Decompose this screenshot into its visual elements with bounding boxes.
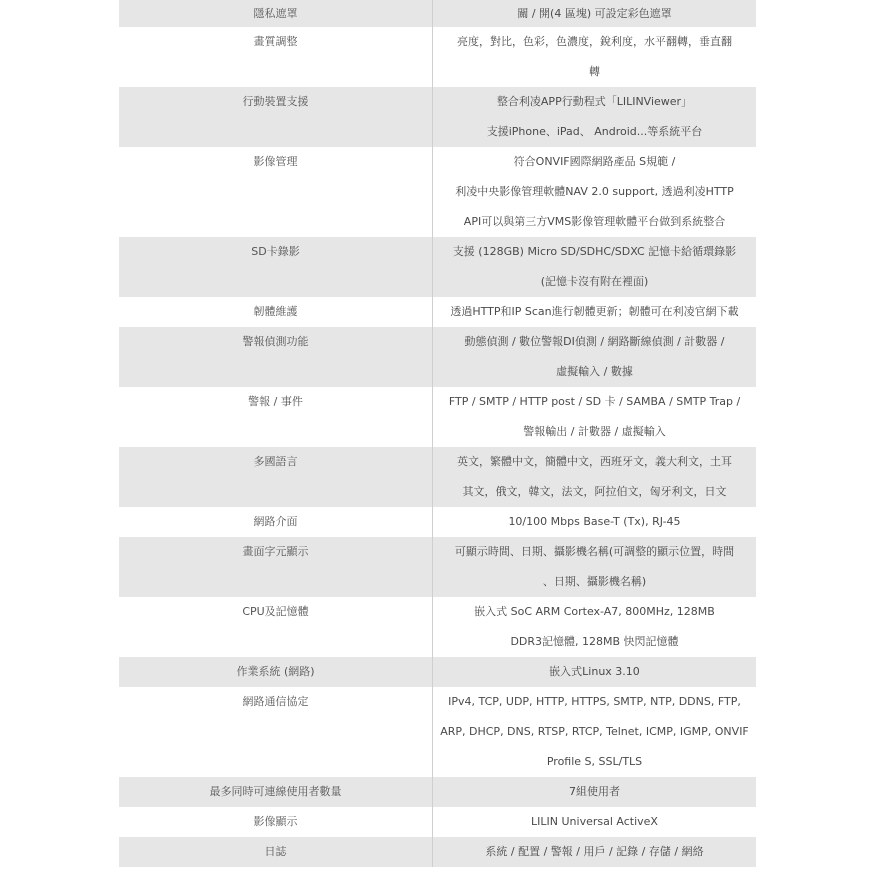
spec-label: 警報偵測功能 [119,327,433,387]
spec-value: 關 / 開(4 區塊) 可設定彩色遮罩 [433,0,757,27]
spec-value-line: 利凌中央影像管理軟體NAV 2.0 support, 透過利凌HTTP [433,177,756,207]
table-row: 網路介面 10/100 Mbps Base-T (Tx), RJ-45 [119,507,756,537]
spec-value-line: 嵌入式Linux 3.10 [433,657,756,687]
spec-value-line: LILIN Universal ActiveX [433,807,756,837]
spec-value-line: 可顯示時間、日期、攝影機名稱(可調整的顯示位置，時間 [433,537,756,567]
table-row: 畫面字元顯示 可顯示時間、日期、攝影機名稱(可調整的顯示位置，時間、日期、攝影機… [119,537,756,597]
spec-value-line: 英文，繁體中文，簡體中文，西班牙文，義大利文，土耳 [433,447,756,477]
spec-value-line: 符合ONVIF國際網路產品 S規範 / [433,147,756,177]
spec-table: 隱私遮罩 關 / 開(4 區塊) 可設定彩色遮罩 畫質調整 亮度，對比，色彩，色… [119,0,756,867]
spec-value-line: 10/100 Mbps Base-T (Tx), RJ-45 [433,507,756,537]
spec-label: 畫質調整 [119,27,433,87]
spec-value: LILIN Universal ActiveX [433,807,757,837]
spec-value: 7組使用者 [433,777,757,807]
table-row: 多國語言 英文，繁體中文，簡體中文，西班牙文，義大利文，土耳其文，俄文，韓文，法… [119,447,756,507]
spec-value-line: FTP / SMTP / HTTP post / SD 卡 / SAMBA / … [433,387,756,417]
spec-value-line: 系統 / 配置 / 警報 / 用戶 / 記錄 / 存儲 / 網絡 [433,837,756,867]
spec-value: 動態偵測 / 數位警報DI偵測 / 網路斷線偵測 / 計數器 /虛擬輸入 / 數… [433,327,757,387]
spec-value: 支援 (128GB) Micro SD/SDHC/SDXC 記憶卡給循環錄影(記… [433,237,757,297]
spec-value-line: 虛擬輸入 / 數據 [433,357,756,387]
spec-value: 嵌入式 SoC ARM Cortex-A7, 800MHz, 128MBDDR3… [433,597,757,657]
spec-value-line: 其文，俄文，韓文，法文，阿拉伯文，匈牙利文，日文 [433,477,756,507]
table-row: 網路通信協定 IPv4, TCP, UDP, HTTP, HTTPS, SMTP… [119,687,756,777]
spec-label: 作業系統 (網路) [119,657,433,687]
spec-label: SD卡錄影 [119,237,433,297]
table-row: 警報偵測功能 動態偵測 / 數位警報DI偵測 / 網路斷線偵測 / 計數器 /虛… [119,327,756,387]
spec-value: 可顯示時間、日期、攝影機名稱(可調整的顯示位置，時間、日期、攝影機名稱) [433,537,757,597]
spec-value-line: ARP, DHCP, DNS, RTSP, RTCP, Telnet, ICMP… [433,717,756,747]
spec-value-line: 、日期、攝影機名稱) [433,567,756,597]
spec-value: 整合利凌APP行動程式「LILINViewer」支援iPhone、iPad、 A… [433,87,757,147]
spec-label: 韌體維護 [119,297,433,327]
spec-value-line: (記憶卡沒有附在裡面) [433,267,756,297]
spec-label: 最多同時可連線使用者數量 [119,777,433,807]
spec-label: 畫面字元顯示 [119,537,433,597]
spec-value-line: 支援 (128GB) Micro SD/SDHC/SDXC 記憶卡給循環錄影 [433,237,756,267]
spec-label: 日誌 [119,837,433,867]
table-row: 最多同時可連線使用者數量 7組使用者 [119,777,756,807]
spec-value-line: 亮度，對比，色彩，色濃度，銳利度，水平翻轉，垂直翻 [433,27,756,57]
spec-label: 多國語言 [119,447,433,507]
spec-table-body: 隱私遮罩 關 / 開(4 區塊) 可設定彩色遮罩 畫質調整 亮度，對比，色彩，色… [119,0,756,867]
table-row: 影像顯示 LILIN Universal ActiveX [119,807,756,837]
spec-value: 10/100 Mbps Base-T (Tx), RJ-45 [433,507,757,537]
spec-value: 英文，繁體中文，簡體中文，西班牙文，義大利文，土耳其文，俄文，韓文，法文，阿拉伯… [433,447,757,507]
table-row: 影像管理 符合ONVIF國際網路產品 S規範 /利凌中央影像管理軟體NAV 2.… [119,147,756,237]
table-row: CPU及記憶體 嵌入式 SoC ARM Cortex-A7, 800MHz, 1… [119,597,756,657]
spec-value-line: 轉 [433,57,756,87]
spec-value-line: API可以與第三方VMS影像管理軟體平台做到系統整合 [433,207,756,237]
table-row: 作業系統 (網路) 嵌入式Linux 3.10 [119,657,756,687]
spec-label: 網路介面 [119,507,433,537]
spec-value: 符合ONVIF國際網路產品 S規範 /利凌中央影像管理軟體NAV 2.0 sup… [433,147,757,237]
spec-label: CPU及記憶體 [119,597,433,657]
spec-value-line: DDR3記憶體, 128MB 快閃記憶體 [433,627,756,657]
spec-value: 亮度，對比，色彩，色濃度，銳利度，水平翻轉，垂直翻轉 [433,27,757,87]
table-row: SD卡錄影 支援 (128GB) Micro SD/SDHC/SDXC 記憶卡給… [119,237,756,297]
spec-value-line: 透過HTTP和IP Scan進行韌體更新；韌體可在利凌官網下載 [433,297,756,327]
spec-value-line: 警報輸出 / 計數器 / 虛擬輸入 [433,417,756,447]
spec-label: 影像管理 [119,147,433,237]
spec-label: 行動裝置支援 [119,87,433,147]
spec-value-line: 整合利凌APP行動程式「LILINViewer」 [433,87,756,117]
spec-value: IPv4, TCP, UDP, HTTP, HTTPS, SMTP, NTP, … [433,687,757,777]
spec-value-line: Profile S, SSL/TLS [433,747,756,777]
spec-value-line: 支援iPhone、iPad、 Android...等系統平台 [433,117,756,147]
spec-value-line: IPv4, TCP, UDP, HTTP, HTTPS, SMTP, NTP, … [433,687,756,717]
spec-label: 網路通信協定 [119,687,433,777]
spec-value: 嵌入式Linux 3.10 [433,657,757,687]
table-row: 韌體維護 透過HTTP和IP Scan進行韌體更新；韌體可在利凌官網下載 [119,297,756,327]
spec-value: 系統 / 配置 / 警報 / 用戶 / 記錄 / 存儲 / 網絡 [433,837,757,867]
table-row: 畫質調整 亮度，對比，色彩，色濃度，銳利度，水平翻轉，垂直翻轉 [119,27,756,87]
spec-value-line: 動態偵測 / 數位警報DI偵測 / 網路斷線偵測 / 計數器 / [433,327,756,357]
spec-label: 影像顯示 [119,807,433,837]
spec-label: 警報 / 事件 [119,387,433,447]
spec-label: 隱私遮罩 [119,0,433,27]
spec-value-line: 7組使用者 [433,777,756,807]
spec-value-line: 關 / 開(4 區塊) 可設定彩色遮罩 [433,0,756,27]
table-row: 日誌 系統 / 配置 / 警報 / 用戶 / 記錄 / 存儲 / 網絡 [119,837,756,867]
spec-value: FTP / SMTP / HTTP post / SD 卡 / SAMBA / … [433,387,757,447]
table-row: 行動裝置支援 整合利凌APP行動程式「LILINViewer」支援iPhone、… [119,87,756,147]
table-row: 隱私遮罩 關 / 開(4 區塊) 可設定彩色遮罩 [119,0,756,27]
spec-value: 透過HTTP和IP Scan進行韌體更新；韌體可在利凌官網下載 [433,297,757,327]
spec-value-line: 嵌入式 SoC ARM Cortex-A7, 800MHz, 128MB [433,597,756,627]
table-row: 警報 / 事件 FTP / SMTP / HTTP post / SD 卡 / … [119,387,756,447]
